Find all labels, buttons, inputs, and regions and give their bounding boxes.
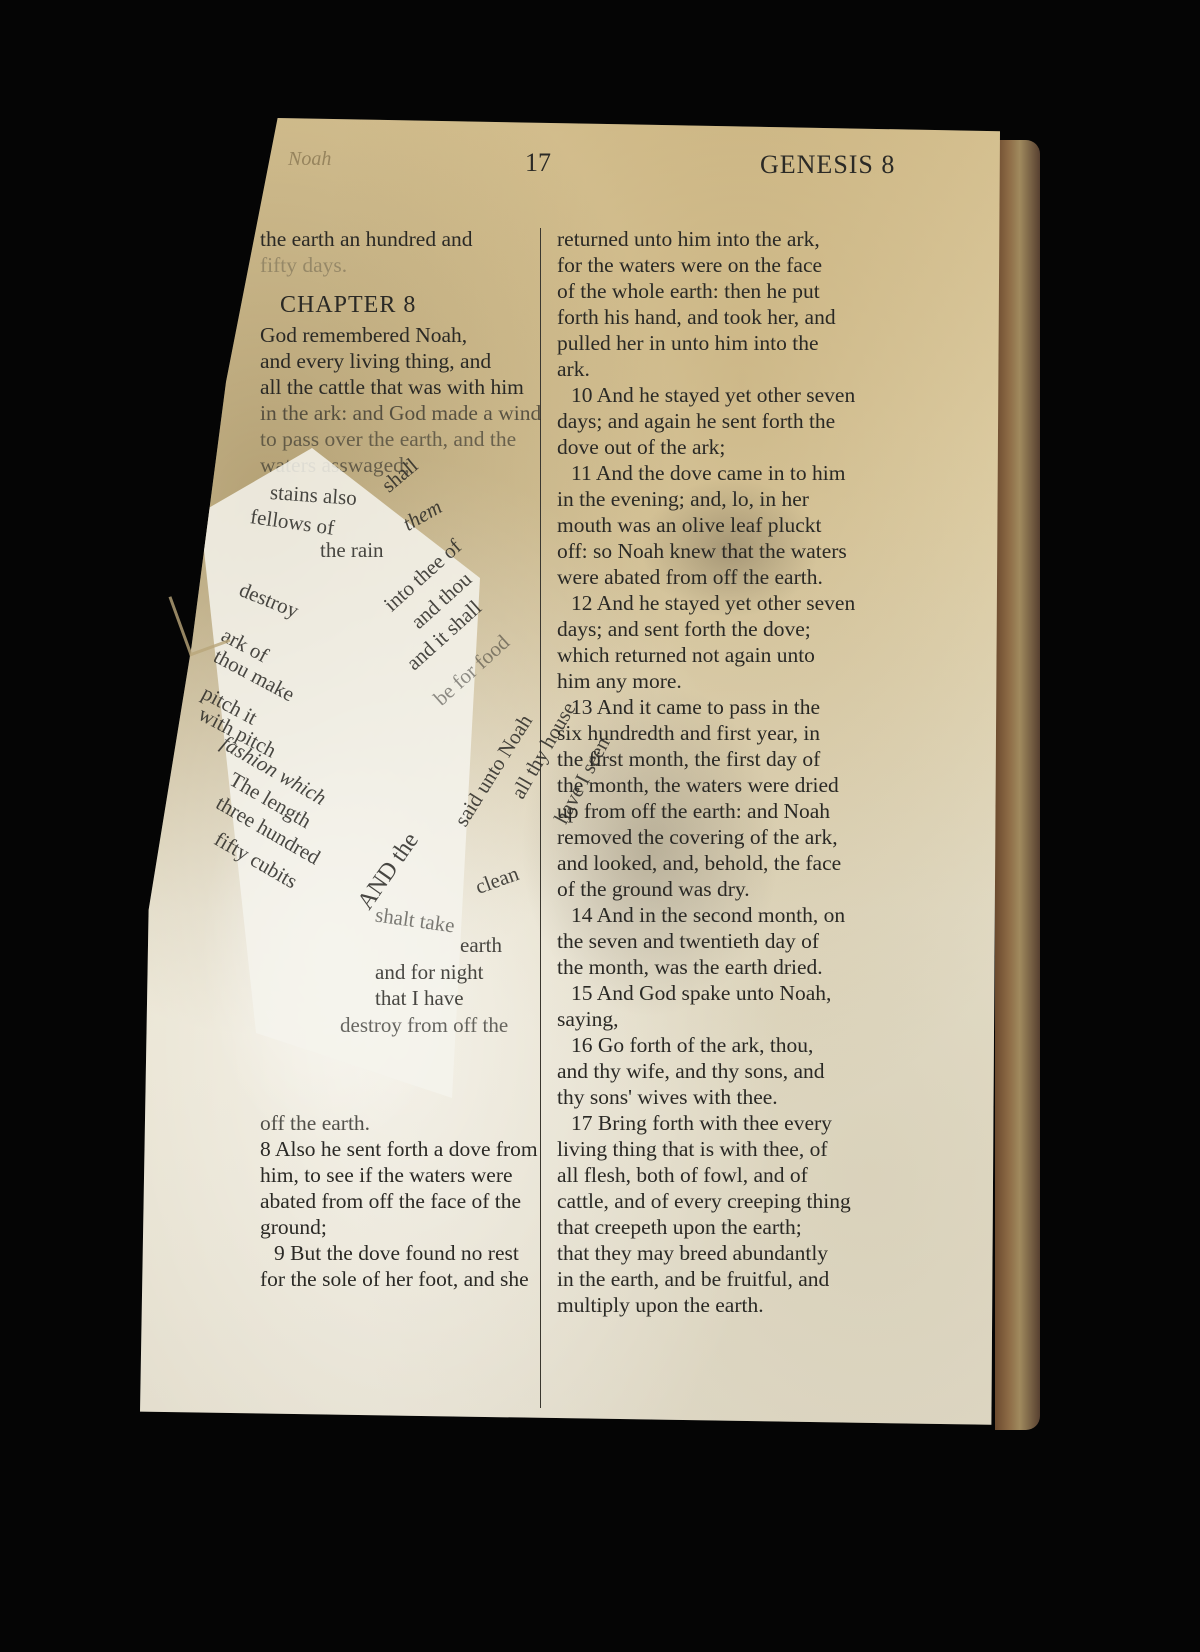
text-line: cattle, and of every creeping thing xyxy=(557,1188,902,1214)
verse-17: 17 Bring forth with thee every xyxy=(557,1110,902,1136)
torn-text: destroy from off the xyxy=(340,1013,508,1038)
text-line: forth his hand, and took her, and xyxy=(557,304,902,330)
text-line: and every living thing, and xyxy=(260,348,522,374)
text-line: ark. xyxy=(557,356,902,382)
bible-page: Noah 17 GENESIS 8 the earth an hundred a… xyxy=(140,118,1000,1438)
left-column: the earth an hundred and fifty days. CHA… xyxy=(260,226,522,478)
text-line: the month, the waters were dried xyxy=(557,772,902,798)
text-line: pulled her in unto him into the xyxy=(557,330,902,356)
text-line: abated from off the face of the xyxy=(260,1188,522,1214)
text-line: him, to see if the waters were xyxy=(260,1162,522,1188)
verse-10: 10 And he stayed yet other seven xyxy=(557,382,902,408)
text-line: for the sole of her foot, and she xyxy=(260,1266,522,1292)
text-line: for the waters were on the face xyxy=(557,252,902,278)
text-line: mouth was an olive leaf pluckt xyxy=(557,512,902,538)
text-line: and looked, and, behold, the face xyxy=(557,850,902,876)
chapter-heading: CHAPTER 8 xyxy=(280,292,522,318)
verse-16: 16 Go forth of the ark, thou, xyxy=(557,1032,902,1058)
text-line: dove out of the ark; xyxy=(557,434,902,460)
header-left: Noah xyxy=(288,148,331,171)
text-line: in the evening; and, lo, in her xyxy=(557,486,902,512)
text-line: of the whole earth: then he put xyxy=(557,278,902,304)
text-line: that they may breed abundantly xyxy=(557,1240,902,1266)
text-line: the seven and twentieth day of xyxy=(557,928,902,954)
text-line: living thing that is with thee, of xyxy=(557,1136,902,1162)
torn-text: earth xyxy=(460,933,502,958)
text-line: were abated from off the earth. xyxy=(557,564,902,590)
book-page-edges xyxy=(995,140,1040,1430)
text-line: all the cattle that was with him xyxy=(260,374,522,400)
text-line: 9 But the dove found no rest xyxy=(260,1240,522,1266)
text-line: returned unto him into the ark, xyxy=(557,226,902,252)
text-line: him any more. xyxy=(557,668,902,694)
text-line: which returned not again unto xyxy=(557,642,902,668)
text-line: 8 Also he sent forth a dove from xyxy=(260,1136,522,1162)
text-line: to pass over the earth, and the xyxy=(260,426,522,452)
torn-text: the rain xyxy=(320,538,384,563)
torn-text: clean xyxy=(472,861,522,900)
text-line: multiply upon the earth. xyxy=(557,1292,902,1318)
running-head: GENESIS 8 xyxy=(760,150,895,180)
text-line: days; and sent forth the dove; xyxy=(557,616,902,642)
right-column: returned unto him into the ark, for the … xyxy=(557,226,902,1318)
verse-12: 12 And he stayed yet other seven xyxy=(557,590,902,616)
text-line: in the ark: and God made a wind xyxy=(260,400,522,426)
text-line: and thy wife, and thy sons, and xyxy=(557,1058,902,1084)
text-line: the month, was the earth dried. xyxy=(557,954,902,980)
torn-text: that I have xyxy=(375,986,464,1011)
text-line: fifty days. xyxy=(260,252,522,278)
text-line: that creepeth upon the earth; xyxy=(557,1214,902,1240)
torn-text: and for night xyxy=(375,960,483,985)
text-line: saying, xyxy=(557,1006,902,1032)
text-line: all flesh, both of fowl, and of xyxy=(557,1162,902,1188)
text-line: the earth an hundred and xyxy=(260,226,522,252)
text-line: off the earth. xyxy=(260,1110,522,1136)
text-line: off: so Noah knew that the waters xyxy=(557,538,902,564)
left-column-bottom: off the earth. 8 Also he sent forth a do… xyxy=(260,1110,522,1292)
verse-14: 14 And in the second month, on xyxy=(557,902,902,928)
page-number: 17 xyxy=(525,148,551,178)
text-line: removed the covering of the ark, xyxy=(557,824,902,850)
text-line: up from off the earth: and Noah xyxy=(557,798,902,824)
book: Noah 17 GENESIS 8 the earth an hundred a… xyxy=(140,118,1040,1438)
text-line: of the ground was dry. xyxy=(557,876,902,902)
verse-11: 11 And the dove came in to him xyxy=(557,460,902,486)
text-line: in the earth, and be fruitful, and xyxy=(557,1266,902,1292)
verse-13: 13 And it came to pass in the xyxy=(557,694,902,720)
verse-15: 15 And God spake unto Noah, xyxy=(557,980,902,1006)
text-line: days; and again he sent forth the xyxy=(557,408,902,434)
text-line: ground; xyxy=(260,1214,522,1240)
text-line: thy sons' wives with thee. xyxy=(557,1084,902,1110)
text-line: God remembered Noah, xyxy=(260,322,522,348)
